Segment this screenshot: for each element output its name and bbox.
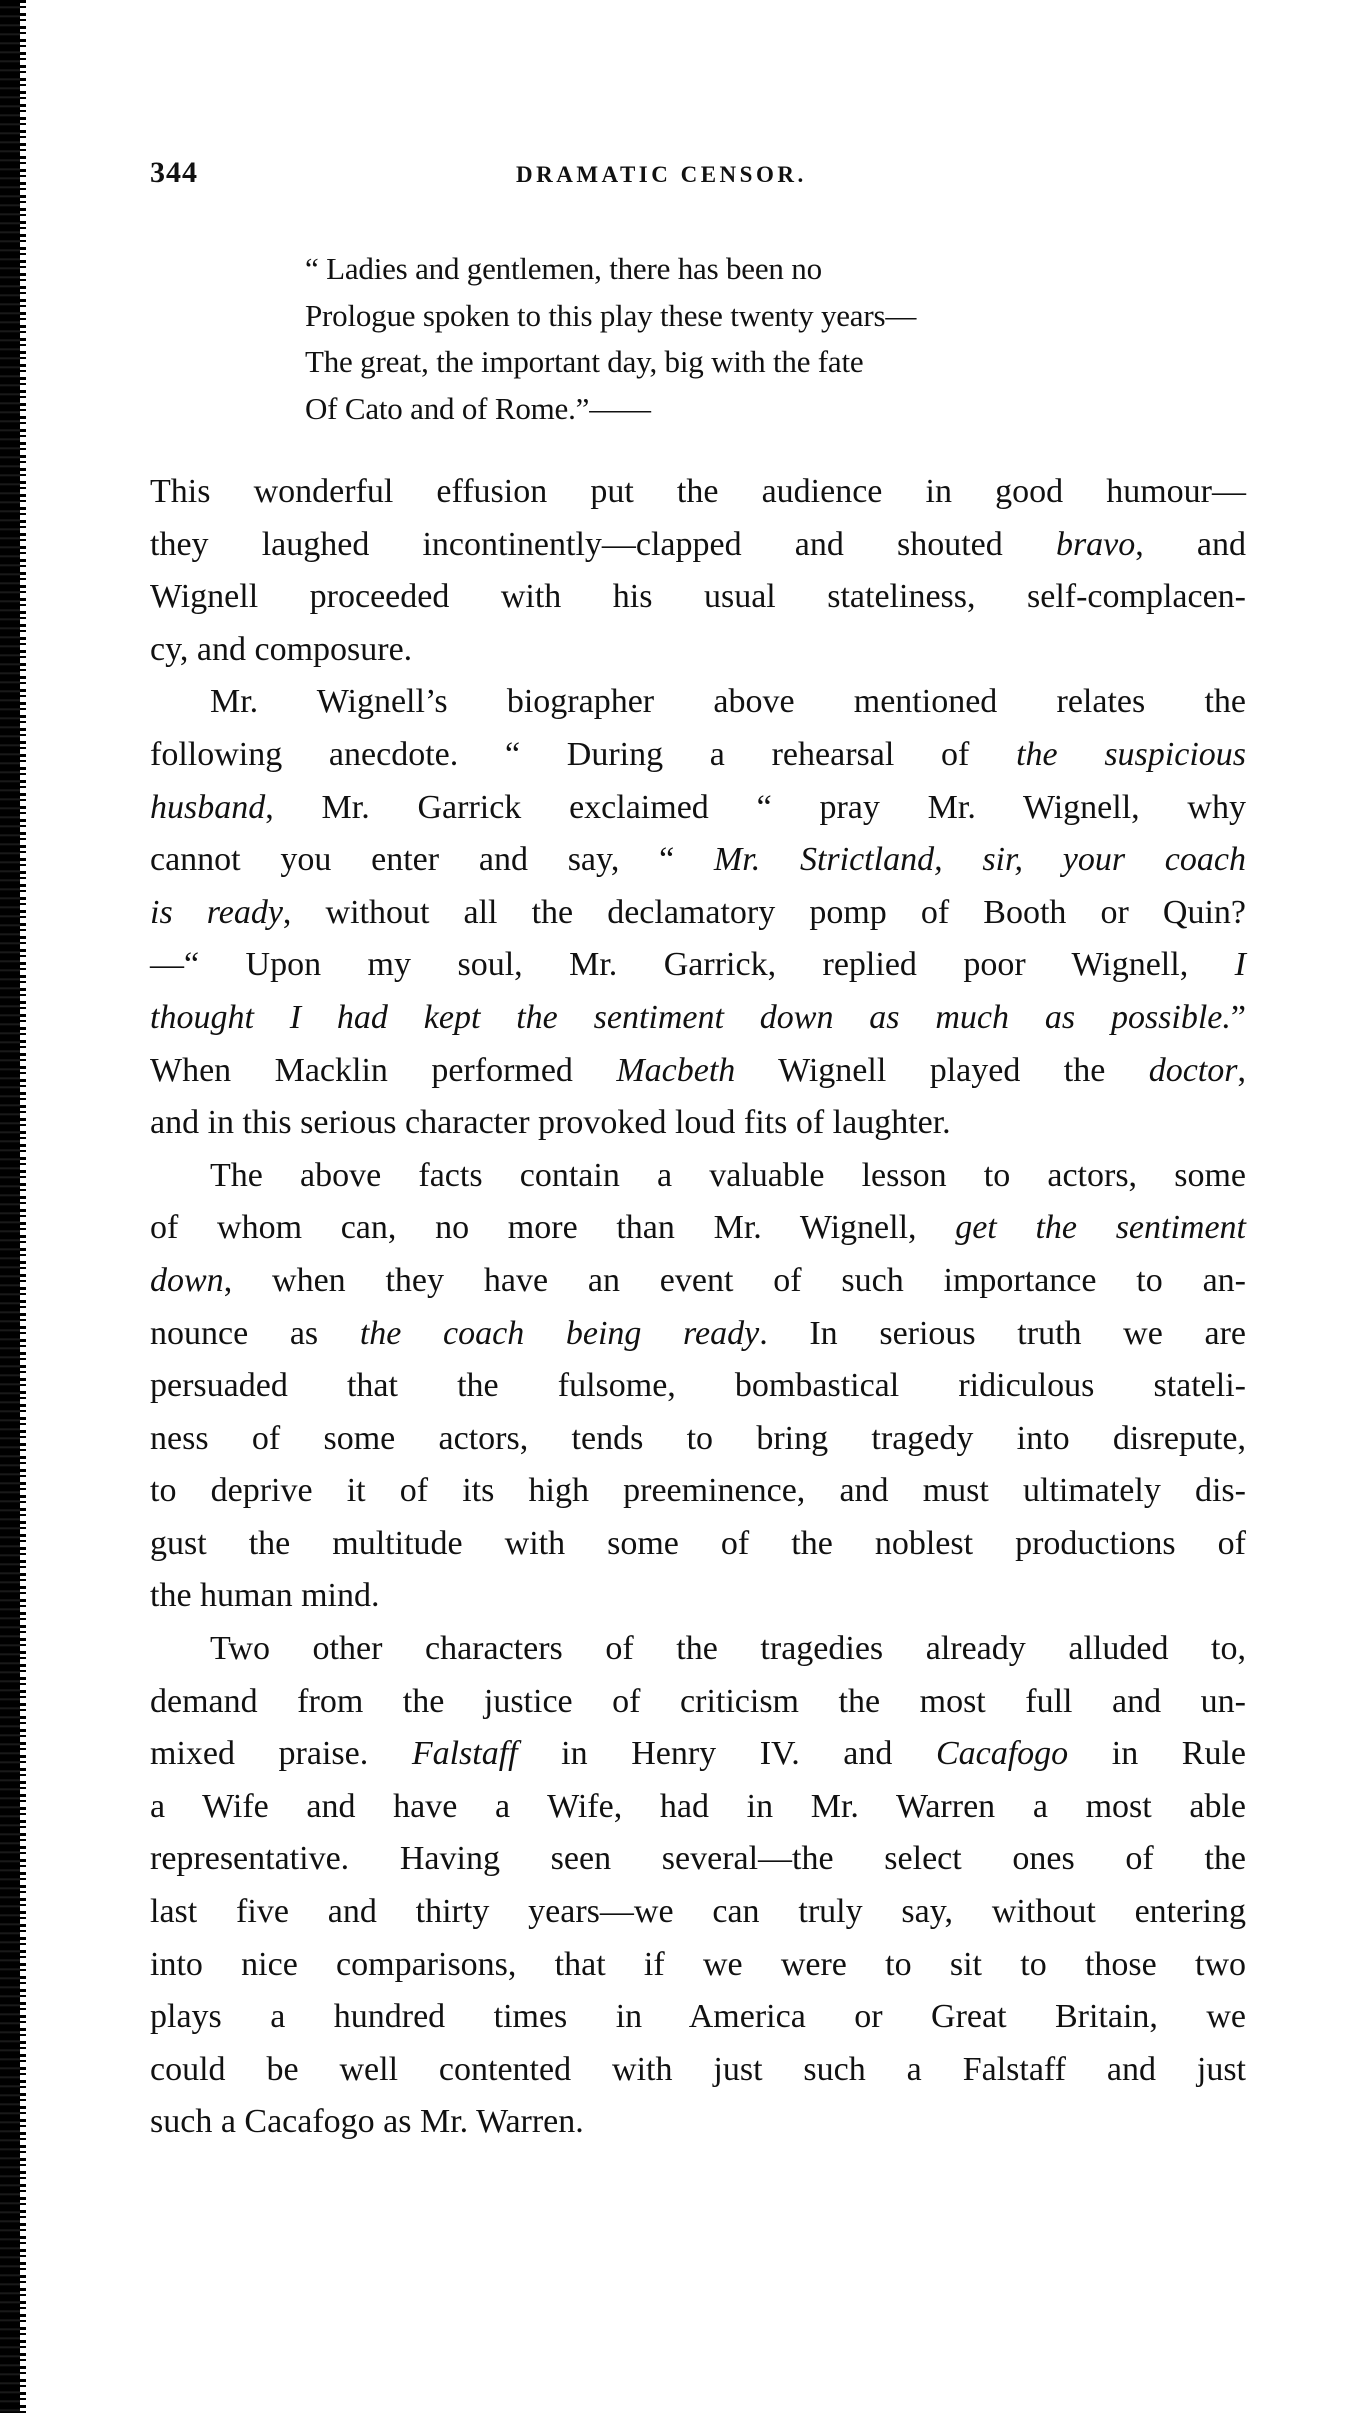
text-run: to deprive it of its high preeminence, a…: [150, 1472, 1246, 1509]
text-run: nounce as: [150, 1315, 360, 1352]
italic-text: Cacafogo: [936, 1735, 1068, 1772]
text-run: following anecdote. “ During a rehearsal…: [150, 736, 1016, 773]
text-run: The above facts contain a valuable lesso…: [210, 1157, 1246, 1194]
text-line: thought I had kept the sentiment down as…: [150, 992, 1246, 1045]
text-line: husband, Mr. Garrick exclaimed “ pray Mr…: [150, 782, 1246, 835]
italic-text: Mr. Strictland, sir, your coach: [714, 841, 1246, 878]
italic-text: is ready: [150, 894, 283, 931]
paragraph: This wonderful effusion put the audience…: [150, 466, 1246, 676]
text-run: , and: [1135, 526, 1246, 563]
page-header: 344 DRAMATIC CENSOR.: [0, 156, 1372, 196]
text-run: of whom can, no more than Mr. Wignell,: [150, 1209, 955, 1246]
text-line: Wignell proceeded with his usual stateli…: [150, 571, 1246, 624]
verse-quotation: “ Ladies and gentlemen, there has been n…: [305, 246, 916, 432]
italic-text: get the sentiment: [955, 1209, 1246, 1246]
text-line: Mr. Wignell’s biographer above mentioned…: [150, 676, 1246, 729]
text-line: is ready, without all the declamatory po…: [150, 887, 1246, 940]
text-line: mixed praise. Falstaff in Henry IV. and …: [150, 1728, 1246, 1781]
text-run: Two other characters of the tragedies al…: [210, 1630, 1246, 1667]
paragraph: The above facts contain a valuable lesso…: [150, 1150, 1246, 1623]
text-run: , when they have an event of such import…: [224, 1262, 1246, 1299]
text-line: following anecdote. “ During a rehearsal…: [150, 729, 1246, 782]
book-binding-edge: [0, 0, 20, 2413]
text-line: When Macklin performed Macbeth Wignell p…: [150, 1045, 1246, 1098]
paragraph: Two other characters of the tragedies al…: [150, 1623, 1246, 2149]
verse-line: “ Ladies and gentlemen, there has been n…: [305, 246, 916, 293]
italic-text: the coach being ready: [360, 1315, 759, 1352]
text-run: the human mind.: [150, 1577, 379, 1614]
paragraph: Mr. Wignell’s biographer above mentioned…: [150, 676, 1246, 1149]
text-run: in Henry IV. and: [518, 1735, 936, 1772]
text-line: to deprive it of its high preeminence, a…: [150, 1465, 1246, 1518]
page-number: 344: [150, 156, 198, 190]
text-run: ness of some actors, tends to bring trag…: [150, 1420, 1246, 1457]
text-run: representative. Having seen several—the …: [150, 1840, 1246, 1877]
text-line: ness of some actors, tends to bring trag…: [150, 1413, 1246, 1466]
text-run: demand from the justice of criticism the…: [150, 1683, 1246, 1720]
text-line: into nice comparisons, that if we were t…: [150, 1939, 1246, 1992]
text-line: plays a hundred times in America or Grea…: [150, 1991, 1246, 2044]
text-run: Wignell played the: [735, 1052, 1148, 1089]
text-run: ”: [1231, 999, 1246, 1036]
running-title: DRAMATIC CENSOR.: [516, 162, 807, 188]
text-run: mixed praise.: [150, 1735, 412, 1772]
italic-text: doctor: [1149, 1052, 1238, 1089]
text-run: plays a hundred times in America or Grea…: [150, 1998, 1246, 2035]
text-run: , Mr. Garrick exclaimed “ pray Mr. Wigne…: [265, 789, 1246, 826]
text-run: they laughed incontinently—clapped and s…: [150, 526, 1056, 563]
text-run: . In serious truth we are: [759, 1315, 1246, 1352]
body-text: This wonderful effusion put the audience…: [150, 466, 1246, 2149]
text-run: , without all the declamatory pomp of Bo…: [283, 894, 1246, 931]
text-run: last five and thirty years—we can truly …: [150, 1893, 1246, 1930]
verse-line: Of Cato and of Rome.”——: [305, 386, 916, 433]
text-line: last five and thirty years—we can truly …: [150, 1886, 1246, 1939]
text-line: gust the multitude with some of the nobl…: [150, 1518, 1246, 1571]
text-line: demand from the justice of criticism the…: [150, 1676, 1246, 1729]
text-line: a Wife and have a Wife, had in Mr. Warre…: [150, 1781, 1246, 1834]
text-run: such a Cacafogo as Mr. Warren.: [150, 2103, 584, 2140]
text-run: When Macklin performed: [150, 1052, 616, 1089]
text-line: nounce as the coach being ready. In seri…: [150, 1308, 1246, 1361]
text-run: could be well contented with just such a…: [150, 2051, 1246, 2088]
italic-text: husband: [150, 789, 265, 826]
text-line: the human mind.: [150, 1570, 1246, 1623]
text-line: —“ Upon my soul, Mr. Garrick, replied po…: [150, 939, 1246, 992]
italic-text: Macbeth: [616, 1052, 735, 1089]
text-run: and in this serious character provoked l…: [150, 1104, 951, 1141]
text-run: This wonderful effusion put the audience…: [150, 473, 1246, 510]
text-line: representative. Having seen several—the …: [150, 1833, 1246, 1886]
verse-line: The great, the important day, big with t…: [305, 339, 916, 386]
italic-text: thought I had kept the sentiment down as…: [150, 999, 1231, 1036]
text-line: cy, and composure.: [150, 624, 1246, 677]
text-line: This wonderful effusion put the audience…: [150, 466, 1246, 519]
text-run: into nice comparisons, that if we were t…: [150, 1946, 1246, 1983]
text-line: The above facts contain a valuable lesso…: [150, 1150, 1246, 1203]
italic-text: bravo: [1056, 526, 1135, 563]
text-line: they laughed incontinently—clapped and s…: [150, 519, 1246, 572]
text-line: Two other characters of the tragedies al…: [150, 1623, 1246, 1676]
text-run: cy, and composure.: [150, 631, 412, 668]
text-line: persuaded that the fulsome, bombastical …: [150, 1360, 1246, 1413]
text-run: a Wife and have a Wife, had in Mr. Warre…: [150, 1788, 1246, 1825]
italic-text: Falstaff: [412, 1735, 518, 1772]
text-run: —“ Upon my soul, Mr. Garrick, replied po…: [150, 946, 1235, 983]
text-run: ,: [1238, 1052, 1247, 1089]
text-run: Mr. Wignell’s biographer above mentioned…: [210, 683, 1246, 720]
italic-text: I: [1235, 946, 1246, 983]
verse-line: Prologue spoken to this play these twent…: [305, 293, 916, 340]
text-line: of whom can, no more than Mr. Wignell, g…: [150, 1202, 1246, 1255]
text-run: Wignell proceeded with his usual stateli…: [150, 578, 1246, 615]
text-run: persuaded that the fulsome, bombastical …: [150, 1367, 1246, 1404]
italic-text: the suspicious: [1016, 736, 1246, 773]
text-line: cannot you enter and say, “ Mr. Strictla…: [150, 834, 1246, 887]
text-line: such a Cacafogo as Mr. Warren.: [150, 2096, 1246, 2149]
italic-text: down: [150, 1262, 224, 1299]
text-run: gust the multitude with some of the nobl…: [150, 1525, 1246, 1562]
text-run: in Rule: [1068, 1735, 1246, 1772]
text-line: and in this serious character provoked l…: [150, 1097, 1246, 1150]
text-line: could be well contented with just such a…: [150, 2044, 1246, 2097]
text-run: cannot you enter and say, “: [150, 841, 714, 878]
text-line: down, when they have an event of such im…: [150, 1255, 1246, 1308]
